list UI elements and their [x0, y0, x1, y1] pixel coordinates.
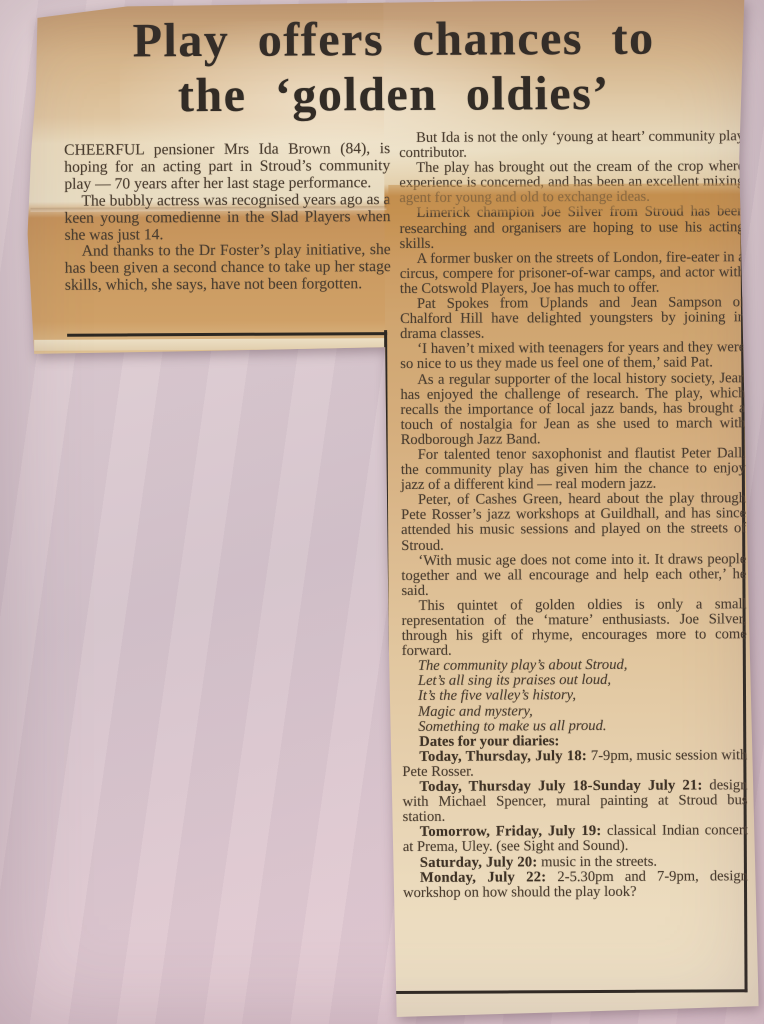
- poem-line: Magic and mystery,: [418, 703, 747, 720]
- paragraph: ‘With music age does not come into it. I…: [401, 552, 746, 599]
- paragraph: ‘I haven’t mixed with teenagers for year…: [400, 341, 745, 373]
- headline-line-2: the ‘golden oldies’: [48, 65, 740, 124]
- diary-entry: Monday, July 22: 2-5.30pm and 7-9pm, des…: [403, 869, 748, 901]
- paragraph: And thanks to the Dr Foster’s play initi…: [65, 242, 391, 294]
- paragraph: As a regular supporter of the local hist…: [400, 371, 745, 448]
- paragraph: For talented tenor saxophonist and flaut…: [401, 446, 746, 493]
- paragraph: Peter, of Cashes Green, heard about the …: [401, 491, 746, 553]
- clipping-shadow-wrapper: Play offers chances to the ‘golden oldie…: [0, 0, 764, 1024]
- paragraph: Limerick champion Joe Silver from Stroud…: [399, 205, 744, 252]
- poem: The community play’s about Stroud, Let’s…: [402, 657, 747, 734]
- paragraph: But Ida is not the only ‘young at heart’…: [399, 129, 744, 161]
- diary-entry-date: Monday, July 22:: [420, 869, 546, 886]
- poem-line: It’s the five valley’s history,: [418, 688, 747, 705]
- photo-background: Play offers chances to the ‘golden oldie…: [0, 0, 764, 1024]
- paper-torn-edge: [34, 338, 386, 351]
- headline-line-1: Play offers chances to: [47, 10, 739, 69]
- paragraph: CHEERFUL pensioner Mrs Ida Brown (84), i…: [64, 141, 390, 193]
- diary-entry: Today, Thursday July 18-Sunday July 21: …: [402, 778, 747, 825]
- diary-entry: Tomorrow, Friday, July 19: classical Ind…: [403, 824, 748, 856]
- paragraph: Pat Spokes from Uplands and Jean Sampson…: [400, 295, 745, 342]
- paragraph: A former busker on the streets of London…: [400, 250, 745, 297]
- diary-entry-date: Today, Thursday, July 18:: [419, 748, 587, 765]
- diary-entry-date: Saturday, July 20:: [420, 854, 538, 871]
- newspaper-clipping: Play offers chances to the ‘golden oldie…: [0, 0, 764, 1024]
- diary-entry-text: music in the streets.: [541, 853, 657, 870]
- paragraph: The play has brought out the cream of th…: [399, 159, 744, 206]
- left-column: CHEERFUL pensioner Mrs Ida Brown (84), i…: [64, 141, 391, 295]
- paragraph: This quintet of golden oldies is only a …: [402, 597, 747, 659]
- diary-entry: Today, Thursday, July 18: 7-9pm, music s…: [402, 748, 747, 780]
- right-column: But Ida is not the only ‘young at heart’…: [399, 129, 748, 901]
- headline: Play offers chances to the ‘golden oldie…: [47, 10, 740, 124]
- paragraph: The bubbly actress was recognised years …: [64, 192, 390, 244]
- poem-line: Something to make us all proud.: [418, 718, 747, 735]
